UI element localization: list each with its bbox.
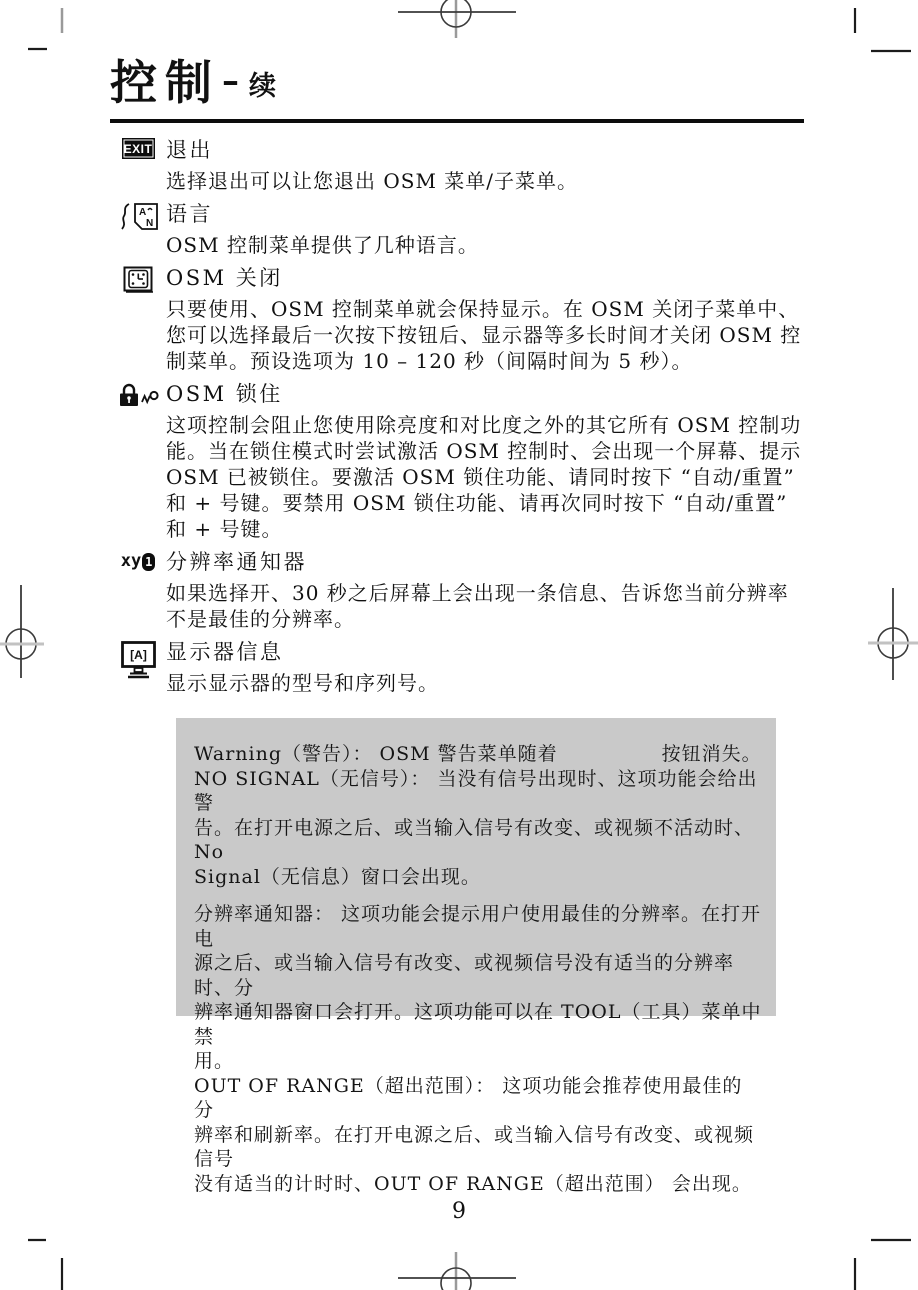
exit-icon: EXIT	[122, 138, 155, 159]
warning-line: Warning（警告）： OSM 警告菜单随着按钮消失。	[194, 742, 762, 767]
language-icon: A N	[117, 202, 159, 232]
item-description: OSM 控制菜单提供了几种语言。	[166, 232, 810, 258]
resolution-notifier-icon: xy1	[121, 550, 155, 571]
control-item-exit: EXIT 退出 选择退出可以让您退出 OSM 菜单/子菜单。	[110, 137, 810, 201]
item-description: 选择退出可以让您退出 OSM 菜单/子菜单。	[166, 168, 810, 194]
page-content: 控制–续 EXIT 退出 选择退出可以让您退出 OSM 菜单/子菜单。 A N	[110, 60, 810, 703]
svg-text:N: N	[146, 218, 153, 229]
control-item-osm-lock: OSM 锁住 这项控制会阻止您使用除亮度和对比度之外的其它所有 OSM 控制功 …	[110, 381, 810, 549]
item-description: 如果选择开、30 秒之后屏幕上会出现一条信息、告诉您当前分辨率 不是最佳的分辨率…	[166, 580, 810, 632]
page-title: 控制–续	[110, 60, 810, 107]
osm-lock-icon	[117, 382, 159, 408]
title-main: 控制	[110, 56, 220, 111]
item-description: 显示显示器的型号和序列号。	[166, 670, 810, 696]
control-item-resolution-notifier: xy1 分辨率通知器 如果选择开、30 秒之后屏幕上会出现一条信息、告诉您当前分…	[110, 549, 810, 639]
svg-text:A: A	[139, 207, 146, 218]
item-label: 分辨率通知器	[166, 549, 810, 576]
resolution-paragraph: 分辨率通知器： 这项功能会提示用户使用最佳的分辨率。在打开电 源之后、或当输入信…	[194, 902, 762, 1196]
title-dash: –	[222, 61, 239, 101]
page-number: 9	[0, 1199, 918, 1224]
item-label: 退出	[166, 137, 810, 164]
item-label: 显示器信息	[166, 639, 810, 666]
osm-off-icon	[123, 266, 154, 294]
warning-box: Warning（警告）： OSM 警告菜单随着按钮消失。 NO SIGNAL（无…	[176, 718, 776, 1016]
title-sub: 续	[249, 71, 278, 102]
item-description: 这项控制会阻止您使用除亮度和对比度之外的其它所有 OSM 控制功 能。当在锁住模…	[166, 412, 810, 542]
control-item-language: A N 语言 OSM 控制菜单提供了几种语言。	[110, 201, 810, 265]
control-item-osm-off: OSM 关闭 只要使用、OSM 控制菜单就会保持显示。在 OSM 关闭子菜单中、…	[110, 265, 810, 381]
warning-suffix: 按钮消失。	[662, 743, 762, 765]
no-signal-paragraph: NO SIGNAL（无信号）： 当没有信号出现时、这项功能会给出警 告。在打开电…	[194, 767, 762, 890]
monitor-info-icon: [A]	[120, 640, 157, 680]
item-description: 只要使用、OSM 控制菜单就会保持显示。在 OSM 关闭子菜单中、 您可以选择最…	[166, 296, 810, 374]
warning-prefix: Warning（警告）： OSM 警告菜单随着	[194, 743, 558, 765]
item-label: 语言	[166, 201, 810, 228]
title-rule	[110, 119, 804, 123]
svg-text:[A]: [A]	[130, 648, 147, 662]
item-label: OSM 关闭	[166, 265, 810, 292]
control-item-monitor-info: [A] 显示器信息 显示显示器的型号和序列号。	[110, 639, 810, 703]
manual-page: 控制–续 EXIT 退出 选择退出可以让您退出 OSM 菜单/子菜单。 A N	[0, 0, 918, 1290]
item-label: OSM 锁住	[166, 381, 810, 408]
